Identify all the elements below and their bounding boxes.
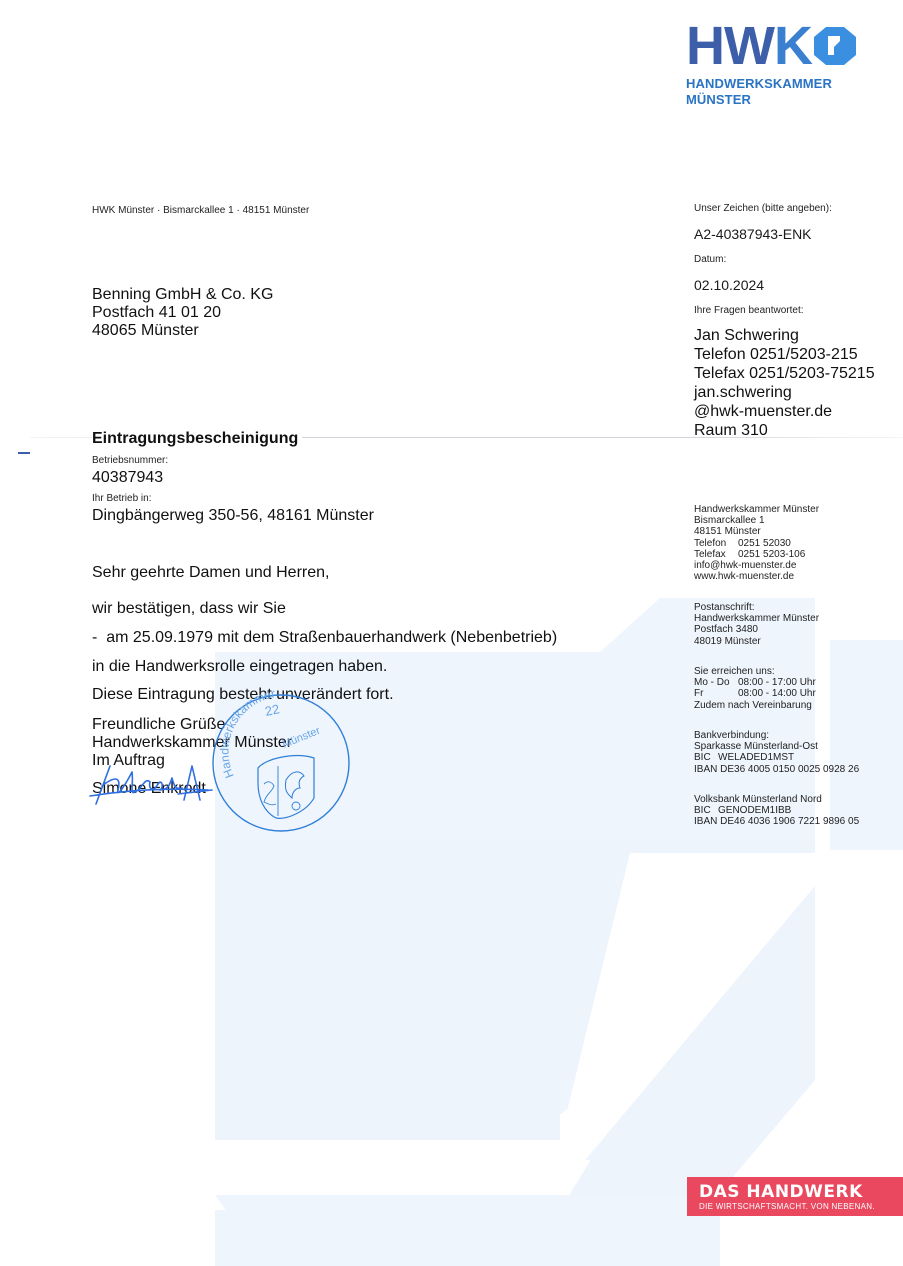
date-value: 02.10.2024 [694,277,764,293]
contact-name: Jan Schwering [694,326,875,345]
postal-address: Postanschrift:Handwerkskammer MünsterPos… [694,602,819,647]
date-label: Datum: [694,254,726,265]
logo-subtitle: HANDWERKSKAMMER MÜNSTER [686,76,856,108]
business-number-label: Betriebsnummer: [92,455,168,466]
business-location-label: Ihr Betrieb in: [92,493,151,504]
chamber-email: info@hwk-muenster.de [694,560,819,571]
bank-account-volksbank: Volksbank Münsterland NordBICGENODEM1IBB… [694,794,859,828]
recipient-city: 48065 Münster [92,322,273,340]
stamp-inner-text: Münster [281,725,323,751]
hwk-logo: HWK HANDWERKSKAMMER MÜNSTER [686,22,856,108]
bank-account-sparkasse: Bankverbindung:Sparkasse Münsterland-Ost… [694,730,859,775]
contact-email-user: jan.schwering [694,383,875,402]
document-subject: Eintragungsbescheinigung [92,430,302,448]
recipient-company: Benning GmbH & Co. KG [92,286,273,304]
recipient-address: Benning GmbH & Co. KG Postfach 41 01 20 … [92,286,273,340]
stamp-number: 22 [264,701,281,719]
das-handwerk-badge: DAS HANDWERK DIE WIRTSCHAFTSMACHT. VON N… [687,1177,903,1216]
business-location-value: Dingbängerweg 350-56, 48161 Münster [92,507,374,525]
fold-mark [18,452,30,454]
sender-return-address: HWK Münster · Bismarckallee 1 · 48151 Mü… [92,205,309,216]
reference-label: Unser Zeichen (bitte angeben): [694,203,832,214]
contact-fax: Telefax 0251/5203-75215 [694,364,875,383]
logo-letters: HWK [686,22,812,70]
reference-value: A2-40387943-ENK [694,226,812,242]
body-line: wir bestätigen, dass wir Sie [92,600,286,618]
badge-title: DAS HANDWERK [699,1182,863,1202]
contact-email-domain: @hwk-muenster.de [694,402,875,421]
svg-text:Handwerkskammer: Handwerkskammer [217,688,276,780]
body-line: in die Handwerksrolle eingetragen haben. [92,658,387,676]
official-stamp: 22 Handwerkskammer Münster [206,688,356,838]
contact-label: Ihre Fragen beantwortet: [694,305,804,316]
contact-room: Raum 310 [694,421,875,440]
salutation: Sehr geehrte Damen und Herren, [92,564,329,582]
chamber-website: www.hwk-muenster.de [694,571,819,582]
handwritten-signature [88,760,218,810]
contact-person-block: Jan Schwering Telefon 0251/5203-215 Tele… [694,326,875,440]
recipient-po-box: Postfach 41 01 20 [92,304,273,322]
contact-phone: Telefon 0251/5203-215 [694,345,875,364]
business-number-value: 40387943 [92,469,163,487]
body-line: - am 25.09.1979 mit dem Straßenbauerhand… [92,629,557,647]
chamber-address: Handwerkskammer MünsterBismarckallee 148… [694,504,819,582]
badge-tagline: DIE WIRTSCHAFTSMACHT. VON NEBENAN. [699,1202,875,1212]
opening-hours: Sie erreichen uns:Mo - Do08:00 - 17:00 U… [694,666,816,711]
hwk-wrench-icon [814,27,856,65]
stamp-text: Handwerkskammer [217,688,276,780]
